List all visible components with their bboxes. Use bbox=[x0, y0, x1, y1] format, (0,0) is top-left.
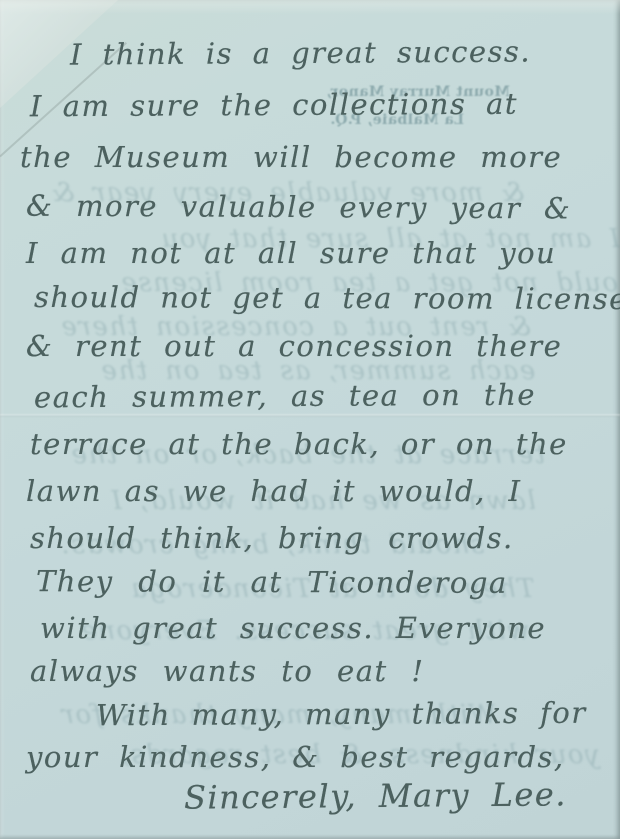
letter-signature: Sincerely, Mary Lee. bbox=[184, 775, 567, 816]
letter-line-13: with great success. Everyone bbox=[40, 611, 546, 645]
letter-line-7: & rent out a concession there bbox=[26, 329, 562, 363]
letter-line-11: should think, bring crowds. bbox=[30, 521, 514, 555]
letter-page: Mount Murray Manor, La Malbaie, P.Q. & m… bbox=[0, 0, 620, 839]
handwriting-layer: I think is a great success. I am sure th… bbox=[0, 0, 620, 839]
letter-line-12: They do it at Ticonderoga bbox=[36, 564, 508, 600]
letter-line-10: lawn as we had it would, I bbox=[26, 474, 521, 508]
letter-line-4: & more valuable every year & bbox=[26, 189, 571, 226]
letter-line-14: always wants to eat ! bbox=[30, 654, 425, 688]
letter-line-6: should not get a tea room license bbox=[34, 280, 620, 316]
letter-line-5: I am not at all sure that you bbox=[26, 236, 556, 270]
letter-line-9: terrace at the back, or on the bbox=[30, 427, 568, 461]
letter-closing-line-1: With many, many thanks for bbox=[96, 696, 587, 733]
letter-closing-line-2: your kindness, & best regards, bbox=[26, 740, 565, 774]
letter-line-1: I think is a great success. bbox=[70, 34, 531, 71]
letter-line-2: I am sure the collections at bbox=[30, 87, 518, 124]
letter-line-8: each summer, as tea on the bbox=[34, 378, 536, 415]
letter-line-3: the Museum will become more bbox=[20, 140, 562, 174]
